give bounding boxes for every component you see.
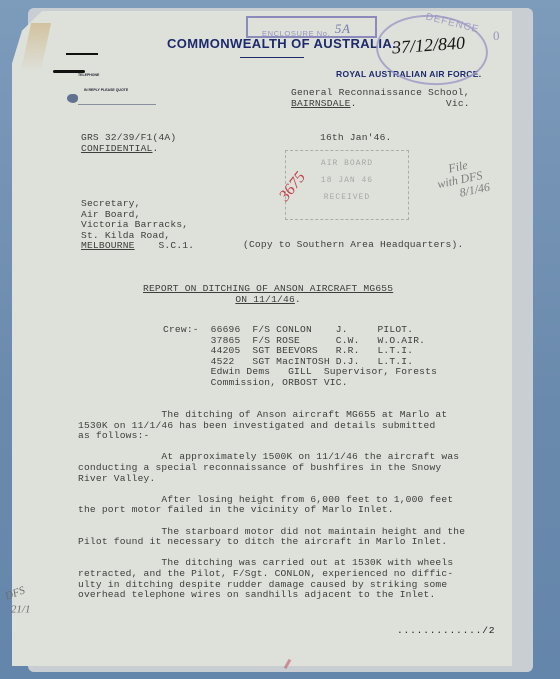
crew-member-row: 37865 F/S ROSE C.W. W.O.AIR. [163, 335, 425, 346]
telephone-label: TELEPHONE [78, 73, 99, 77]
enclosure-number: 5A [335, 21, 351, 36]
ink-blot [67, 94, 78, 103]
addressee-line: Victoria Barracks, [81, 219, 188, 230]
margin-note-line: 21/1 [11, 601, 31, 618]
received-stamp-line: AIR BOARD [286, 159, 408, 168]
body-paragraph: The ditching was carried out at 1530K wi… [78, 557, 453, 600]
received-stamp-line: RECEIVED [286, 193, 408, 202]
redaction-mark [66, 53, 98, 55]
classification: CONFIDENTIAL [81, 143, 153, 154]
body-paragraph: The ditching of Anson aircraft MG655 at … [78, 409, 447, 441]
copy-to-note: (Copy to Southern Area Headquarters). [243, 240, 463, 251]
paper-stain [21, 23, 51, 71]
enclosure-label: ENCLOSURE No. [262, 29, 330, 38]
addressee-line: Air Board, [81, 209, 141, 220]
reply-quote-label: IN REPLY PLEASE QUOTE [84, 88, 128, 92]
addressee-line: Secretary, [81, 198, 141, 209]
addressee-postcode: S.C.1. [158, 240, 194, 251]
crew-civilian-line: Edwin Dems GILL Supervisor, Forests [163, 366, 437, 377]
letter-date: 16th Jan'46. [320, 133, 392, 144]
subject-line: REPORT ON DITCHING OF ANSON AIRCRAFT MG6… [143, 283, 393, 294]
body-paragraph: The starboard motor did not maintain hei… [78, 526, 465, 548]
sender-address: General Reconnaissance School, BAIRNSDAL… [291, 88, 470, 109]
sender-unit: General Reconnaissance School, [291, 87, 470, 98]
file-reference: GRS 32/39/F1(4A) [81, 132, 176, 143]
file-number-suffix: 0 [493, 28, 500, 44]
reference-block: GRS 32/39/F1(4A) CONFIDENTIAL. [81, 133, 176, 154]
subject-line: ON 11/1/46 [235, 294, 295, 305]
sender-town: BAIRNSDALE [291, 98, 351, 109]
sender-state: Vic. [446, 98, 470, 109]
subject-heading: REPORT ON DITCHING OF ANSON AIRCRAFT MG6… [143, 284, 393, 305]
body-paragraph: At approximately 1500K on 11/1/46 the ai… [78, 451, 459, 483]
crew-member-row: 4522 SGT MacINTOSH D.J. L.T.I. [163, 356, 413, 367]
addressee-city: MELBOURNE [81, 240, 135, 251]
crew-civilian-line: Commission, ORBOST VIC. [163, 377, 348, 388]
report-body: The ditching of Anson aircraft MG655 at … [78, 410, 465, 601]
addressee-line: St. Kilda Road, [81, 230, 170, 241]
letterhead-rule [240, 57, 304, 58]
enclosure-stamp: ENCLOSURE No. 5A [246, 16, 377, 38]
body-paragraph: After losing height from 6,000 feet to 1… [78, 494, 453, 516]
addressee-block: Secretary, Air Board, Victoria Barracks,… [81, 199, 194, 252]
crew-member-row: Crew:- 66696 F/S CONLON J. PILOT. [163, 324, 413, 335]
page-continuation: ............./2 [397, 625, 495, 636]
crew-member-row: 44205 SGT BEEVORS R.R. L.T.I. [163, 345, 413, 356]
crew-list: Crew:- 66696 F/S CONLON J. PILOT. 37865 … [163, 325, 437, 389]
reply-quote-line [78, 104, 156, 105]
